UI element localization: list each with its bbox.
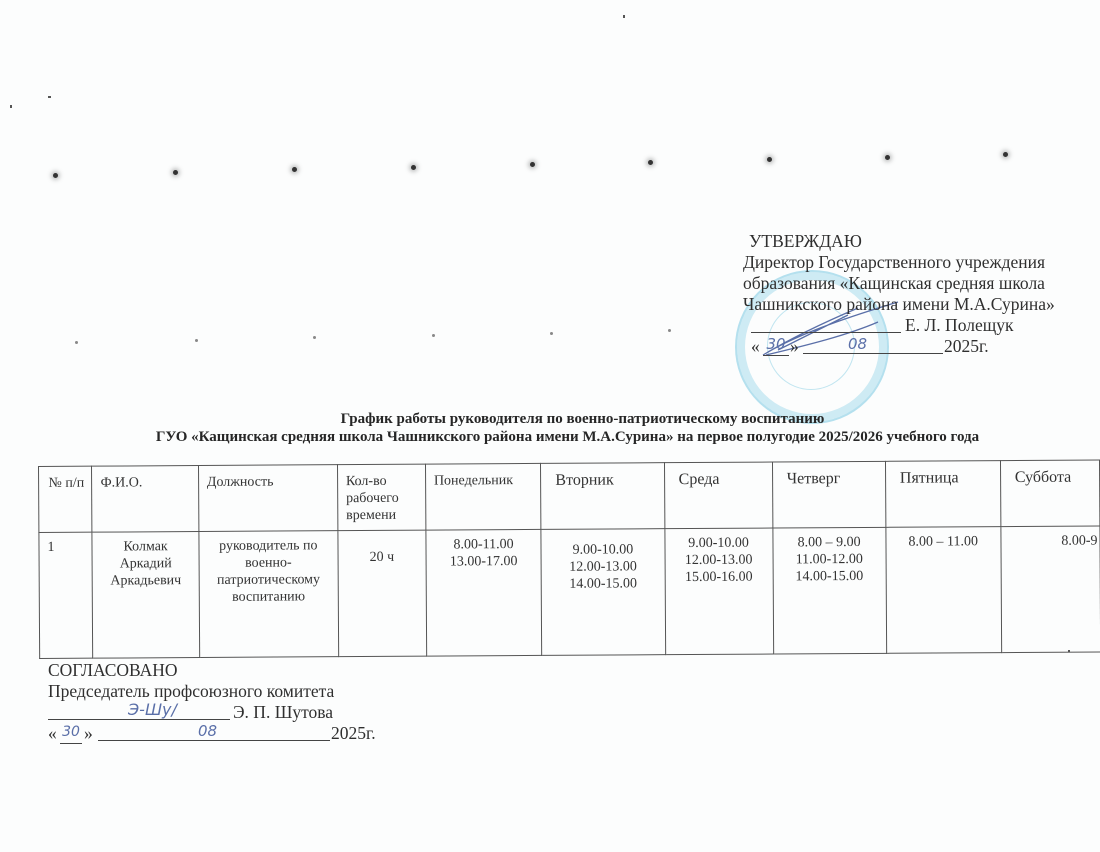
agreed-heading: СОГЛАСОВАНО: [48, 660, 178, 680]
signature-line: [751, 332, 901, 333]
scan-artifact-dot: [885, 155, 890, 160]
fio-patronymic: Аркадьевич: [93, 572, 198, 590]
agreed-date-row: « 30 » 08 2025г.: [48, 723, 334, 744]
approval-date-day: 30: [763, 334, 789, 356]
agreed-date-month: 08: [198, 721, 217, 742]
fio-surname: Колмак: [93, 538, 198, 556]
approval-block: УТВЕРЖДАЮ Директор Государственного учре…: [743, 231, 1055, 358]
approval-signatory: Е. Л. Полещук: [905, 315, 1013, 336]
date-open-quote: «: [751, 336, 760, 357]
scan-artifact-speck: [10, 105, 12, 108]
date-close-quote: »: [84, 723, 93, 744]
agreed-block: СОГЛАСОВАНО Председатель профсоюзного ко…: [48, 660, 334, 744]
scan-artifact-dot: [292, 167, 297, 172]
fio-name: Аркадий: [93, 555, 198, 573]
cell-monday: 8.00-11.00 13.00-17.00: [426, 529, 542, 656]
title-line-1: График работы руководителя по военно-пат…: [0, 410, 1100, 428]
cell-fio: Колмак Аркадий Аркадьевич: [92, 532, 199, 659]
agreed-signature-row: Э-Шу/ Э. П. Шутова: [48, 702, 334, 723]
header-hours: Кол-во рабочего времени: [337, 464, 425, 531]
scan-artifact-dot: [195, 339, 198, 342]
cell-hours: 20 ч: [338, 530, 427, 657]
title-line-2: ГУО «Кащинская средняя школа Чашникского…: [0, 428, 1100, 446]
table-header-row: № п/п Ф.И.О. Должность Кол-во рабочего в…: [39, 460, 1100, 532]
approval-line: образования «Кащинская средняя школа: [743, 273, 1055, 294]
scan-artifact-dot: [313, 336, 316, 339]
header-saturday: Суббота: [1000, 460, 1100, 527]
scan-artifact-dot: [530, 162, 535, 167]
scanned-document-page: УТВЕРЖДАЮ Директор Государственного учре…: [0, 0, 1100, 852]
scan-artifact-speck: [48, 96, 51, 98]
time-slot: 12.00-13.00: [665, 552, 772, 570]
header-tuesday: Вторник: [541, 463, 665, 530]
time-slot: 13.00-17.00: [426, 553, 541, 571]
handwritten-signature: Э-Шу/: [128, 699, 177, 720]
cell-wednesday: 9.00-10.00 12.00-13.00 15.00-16.00: [664, 528, 773, 655]
time-slot: 8.00-11.00: [426, 536, 541, 554]
scan-artifact-dot: [767, 157, 772, 162]
date-month-line: [803, 353, 943, 354]
agreed-date-year: 2025г.: [331, 723, 376, 744]
scan-artifact-dot: [53, 173, 58, 178]
table-row: 1 Колмак Аркадий Аркадьевич руководитель…: [39, 526, 1100, 658]
scan-artifact-dot: [550, 332, 553, 335]
time-slot: 8.00 – 11.00: [886, 533, 1000, 551]
time-slot: 9.00-10.00: [665, 535, 772, 553]
time-slot: 9.00-10.00: [542, 541, 664, 559]
position-line: военно-: [199, 554, 337, 572]
header-wednesday: Среда: [664, 462, 772, 529]
scan-artifact-dot: [75, 341, 78, 344]
time-slot: 12.00-13.00: [542, 558, 664, 576]
document-title: График работы руководителя по военно-пат…: [0, 410, 1100, 446]
time-slot: 8.00-9: [1001, 533, 1097, 551]
header-monday: Понедельник: [425, 463, 541, 530]
date-open-quote: «: [48, 723, 57, 744]
header-num: № п/п: [39, 466, 93, 532]
header-friday: Пятница: [885, 461, 1000, 528]
approval-date-row: « 30 » 08 2025г.: [743, 336, 1055, 358]
approval-line: Директор Государственного учреждения: [743, 252, 1055, 273]
header-thursday: Четверг: [772, 461, 886, 528]
agreed-role-row: Председатель профсоюзного комитета: [48, 681, 334, 702]
approval-signature-row: Е. Л. Полещук: [743, 315, 1055, 336]
time-slot: 15.00-16.00: [665, 569, 772, 587]
cell-thursday: 8.00 – 9.00 11.00-12.00 14.00-15.00: [772, 527, 886, 654]
cell-position: руководитель по военно- патриотическому …: [199, 531, 339, 658]
cell-tuesday: 9.00-10.00 12.00-13.00 14.00-15.00: [541, 529, 665, 656]
time-slot: 8.00 – 9.00: [773, 534, 885, 552]
scan-artifact-dot: [668, 329, 671, 332]
approval-date-month: 08: [848, 334, 867, 355]
position-line: патриотическому: [199, 571, 337, 589]
time-slot: 14.00-15.00: [542, 575, 664, 593]
cell-friday: 8.00 – 11.00: [886, 527, 1002, 654]
approval-line: Чашникского района имени М.А.Сурина»: [743, 294, 1055, 315]
header-position: Должность: [198, 465, 337, 532]
cell-saturday: 8.00-9: [1001, 526, 1100, 653]
time-slot: 11.00-12.00: [773, 551, 885, 569]
approval-date-year: 2025г.: [944, 336, 989, 357]
scan-artifact-dot: [1003, 152, 1008, 157]
position-line: воспитанию: [200, 588, 338, 606]
scan-artifact-dot: [432, 334, 435, 337]
work-schedule-table: № п/п Ф.И.О. Должность Кол-во рабочего в…: [38, 460, 1100, 659]
scan-artifact-speck: [623, 15, 625, 18]
hours-value: 20 ч: [370, 550, 395, 565]
position-line: руководитель по: [199, 537, 337, 555]
time-slot: 14.00-15.00: [773, 568, 885, 586]
scan-artifact-dot: [648, 160, 653, 165]
agreed-role: Председатель профсоюзного комитета: [48, 681, 334, 701]
date-close-quote: »: [790, 336, 799, 357]
scan-artifact-dot: [411, 165, 416, 170]
approval-heading: УТВЕРЖДАЮ: [743, 231, 1055, 252]
agreed-heading-row: СОГЛАСОВАНО: [48, 660, 334, 681]
agreed-date-day: 30: [60, 722, 82, 744]
agreed-signatory: Э. П. Шутова: [233, 702, 333, 723]
header-fio: Ф.И.О.: [92, 466, 199, 533]
cell-num: 1: [39, 532, 93, 658]
scan-artifact-dot: [173, 170, 178, 175]
